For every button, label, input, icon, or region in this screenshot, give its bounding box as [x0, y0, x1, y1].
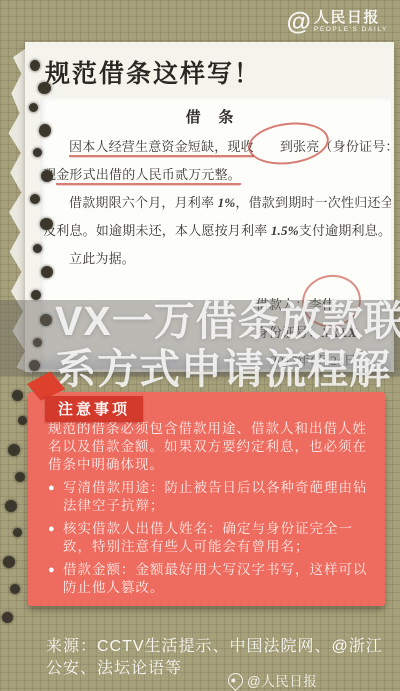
paper-hole: [2, 612, 13, 623]
bullet-text: 借款金额：金额最好用大写汉字书写，这样可以防止他人篡改。: [63, 561, 371, 597]
receipt-line-2: 现金形式出借的人民币贰万元整。: [43, 161, 383, 189]
paper-hole: [41, 266, 53, 278]
paper-hole: [12, 390, 23, 401]
receipt-text: （身份证号：: [319, 139, 391, 154]
receipt-line-5: 立此为据。: [43, 245, 383, 273]
notice-intro: 规范的借条必须包含借款用途、借款人和出借人姓名以及借款金额。如果双方要约定利息，…: [48, 420, 371, 474]
notice-body: 规范的借条必须包含借款用途、借款人和出借人姓名以及借款金额。如果双方要约定利息，…: [48, 420, 371, 597]
watermark-line-1: VX一万借条放款联: [55, 297, 400, 345]
receipt-text: 借款期限六个月，月利率: [69, 195, 218, 210]
receipt-text: ，借款到期时一次性归还全部本金: [235, 195, 391, 210]
red-underline: 因本人经营生意资金短缺，现收: [69, 139, 254, 157]
paper-hole: [31, 290, 41, 300]
paper-hole: [38, 82, 51, 94]
weibo-icon: [225, 669, 246, 690]
bullet-icon: ●: [48, 520, 63, 556]
red-circle: 到张亮: [254, 133, 320, 161]
bullet-icon: ●: [48, 561, 63, 597]
paper-hole: [30, 194, 40, 204]
source-attribution: 来源：CCTV生活提示、中国法院网、@浙江公安、法坛论语等: [46, 636, 384, 680]
receipt-title: 借 条: [43, 106, 383, 127]
logo-sub-text: PEOPLE'S DAILY: [314, 26, 388, 34]
bullet-text: 核实借款人出借人姓名：确定与身份证完全一致，特别注意有些人可能会有曾用名；: [63, 520, 371, 556]
watermark-line-2: 系方式申请流程解: [55, 345, 400, 393]
paper-hole: [8, 444, 20, 456]
paper-hole: [5, 500, 17, 512]
paper-hole: [41, 170, 53, 182]
paper-hole: [29, 103, 38, 112]
notice-bullet-2: ● 核实借款人出借人姓名：确定与身份证完全一致，特别注意有些人可能会有曾用名；: [48, 520, 371, 556]
receipt-text: 及利息。如逾期未还，本人愿按月利率: [43, 223, 271, 238]
notice-badge: 注意事项: [45, 396, 143, 422]
paper-hole: [15, 472, 25, 482]
page-title: 规范借条这样写！: [45, 54, 384, 90]
weibo-watermark-text: @人民日报: [247, 670, 317, 690]
paper-hole: [33, 244, 42, 253]
notice-bullet-3: ● 借款金额：金额最好用大写汉字书写，这样可以防止他人篡改。: [48, 561, 371, 597]
paper-hole: [18, 416, 27, 425]
interest-rate: 1%: [218, 195, 236, 210]
overdue-rate: 1.5%: [271, 223, 299, 238]
bullet-icon: ●: [48, 479, 63, 515]
notice-panel: 注意事项 规范的借条必须包含借款用途、借款人和出借人姓名以及借款金额。如果双方要…: [28, 392, 385, 606]
paper-hole: [10, 584, 20, 594]
weibo-watermark: @人民日报: [228, 670, 317, 690]
paper-hole: [30, 60, 40, 71]
poster-root: @ 人民日报 PEOPLE'S DAILY 规范借条这样写！ 借 条 因本人经营…: [0, 0, 400, 691]
paper-hole: [3, 556, 15, 568]
paper-hole: [40, 218, 53, 230]
receipt-line-3: 借款期限六个月，月利率 1%，借款到期时一次性归还全部本金: [43, 189, 383, 217]
receipt-text: 支付逾期利息。: [299, 223, 391, 238]
paper-hole: [39, 124, 51, 137]
spam-watermark-text: VX一万借条放款联 系方式申请流程解: [55, 297, 400, 393]
paper-hole: [13, 528, 22, 537]
paper-hole: [33, 148, 42, 157]
notice-bullet-1: ● 写清借款用途：防止被告日后以各种奇葩理由钻法律空子抗辩；: [48, 479, 371, 515]
receipt-line-1: 因本人经营生意资金短缺，现收到张亮（身份证号：XXXX）以: [43, 133, 383, 161]
receipt-line-4: 及利息。如逾期未还，本人愿按月利率 1.5%支付逾期利息。: [43, 217, 383, 245]
peoples-daily-logo: @ 人民日报 PEOPLE'S DAILY: [287, 9, 389, 35]
logo-brand-text: 人民日报: [314, 9, 388, 26]
bullet-text: 写清借款用途：防止被告日后以各种奇葩理由钻法律空子抗辩；: [63, 479, 371, 515]
red-underline: 金形式出借的人民币贰万元整。: [56, 167, 241, 185]
weibo-at-icon: @: [287, 9, 311, 35]
